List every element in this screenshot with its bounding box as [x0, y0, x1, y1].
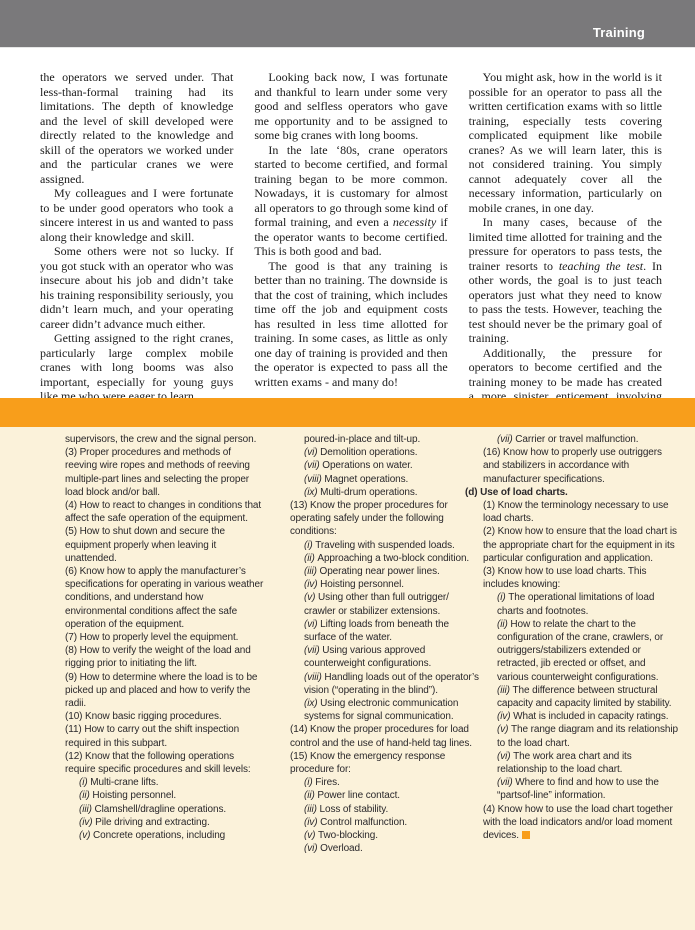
regulation-item: (10) Know basic rigging procedures.	[65, 710, 265, 723]
regulation-item: (d) Use of load charts.	[465, 486, 678, 499]
regulation-item: (ix) Using electronic communication syst…	[304, 697, 480, 723]
regulation-item: (iv) Control malfunction.	[304, 816, 480, 829]
roman-numeral-label: (ix)	[304, 698, 320, 709]
article-paragraph: In many cases, because of the limited ti…	[469, 215, 662, 346]
article-column: Looking back now, I was fortunate and th…	[254, 70, 447, 418]
regulation-item: (i) The operational limitations of load …	[497, 591, 678, 617]
regulation-item: (9) How to determine where the load is t…	[65, 671, 265, 711]
regulation-item: (i) Multi-crane lifts.	[79, 776, 265, 789]
roman-numeral-label: (vii)	[304, 645, 322, 656]
regulation-item: (iv) What is included in capacity rating…	[497, 710, 678, 723]
article-column: You might ask, how in the world is it po…	[469, 70, 662, 418]
orange-divider-band	[0, 398, 695, 427]
roman-numeral-label: (vii)	[497, 777, 515, 788]
regulation-item: (ii) Hoisting personnel.	[79, 789, 265, 802]
roman-numeral-label: (i)	[304, 777, 315, 788]
end-of-article-marker	[522, 831, 530, 839]
roman-numeral-label: (iii)	[497, 685, 513, 696]
article-column: the operators we served under. That less…	[40, 70, 233, 418]
roman-numeral-label: (v)	[79, 830, 93, 841]
roman-numeral-label: (vi)	[304, 447, 320, 458]
regulation-item: (3) Know how to use load charts. This in…	[483, 565, 678, 591]
regulation-item: (15) Know the emergency response procedu…	[290, 750, 480, 776]
roman-numeral-label: (viii)	[304, 672, 324, 683]
roman-numeral-label: (ii)	[304, 790, 317, 801]
regulation-item: (iii) Operating near power lines.	[304, 565, 480, 578]
roman-numeral-label: (v)	[304, 830, 318, 841]
regulation-item: (ii) Approaching a two-block condition.	[304, 552, 480, 565]
roman-numeral-label: (iv)	[304, 579, 320, 590]
regulation-item: (iii) Loss of stability.	[304, 803, 480, 816]
article-paragraph: You might ask, how in the world is it po…	[469, 70, 662, 215]
regulation-item: (13) Know the proper procedures for oper…	[290, 499, 480, 539]
regulation-item: (iv) Pile driving and extracting.	[79, 816, 265, 829]
roman-numeral-label: (v)	[304, 592, 318, 603]
roman-numeral-label: (vi)	[497, 751, 513, 762]
regulation-item: (7) How to properly level the equipment.	[65, 631, 265, 644]
regulation-item: (ii) How to relate the chart to the conf…	[497, 618, 678, 684]
regulation-item: (iii) The difference between structural …	[497, 684, 678, 710]
roman-numeral-label: (iv)	[79, 817, 95, 828]
roman-numeral-label: (vi)	[304, 843, 320, 854]
regulations-column: poured-in-place and tilt-up.(vi) Demolit…	[290, 433, 480, 856]
magazine-page: Training the operators we served under. …	[0, 0, 695, 930]
page-title: Training	[593, 25, 645, 40]
regulation-item: (vii) Carrier or travel malfunction.	[497, 433, 678, 446]
article-paragraph: Looking back now, I was fortunate and th…	[254, 70, 447, 143]
roman-numeral-label: (vii)	[497, 434, 515, 445]
regulation-item: (3) Proper procedures and methods of ree…	[65, 446, 265, 499]
roman-numeral-label: (iii)	[304, 804, 320, 815]
regulation-item: (viii) Magnet operations.	[304, 473, 480, 486]
article-paragraph: the operators we served under. That less…	[40, 70, 233, 186]
article-paragraph: The good is that any training is better …	[254, 259, 447, 390]
regulations-column: supervisors, the crew and the signal per…	[65, 433, 265, 842]
regulation-item: (11) How to carry out the shift inspecti…	[65, 723, 265, 749]
roman-numeral-label: (i)	[497, 592, 508, 603]
regulation-item: (vii) Where to find and how to use the “…	[497, 776, 678, 802]
regulation-item: (vi) Lifting loads from beneath the surf…	[304, 618, 480, 644]
regulation-item: (vii) Using various approved counterweig…	[304, 644, 480, 670]
roman-numeral-label: (iv)	[304, 817, 320, 828]
regulation-item: (v) Using other than full outrigger/ cra…	[304, 591, 480, 617]
roman-numeral-label: (v)	[497, 724, 511, 735]
roman-numeral-label: (ii)	[497, 619, 510, 630]
regulations-column: (vii) Carrier or travel malfunction.(16)…	[483, 433, 678, 842]
article-columns: the operators we served under. That less…	[40, 70, 662, 418]
roman-numeral-label: (ii)	[304, 553, 317, 564]
regulation-item: (i) Traveling with suspended loads.	[304, 539, 480, 552]
regulation-item: (4) Know how to use the load chart toget…	[483, 803, 678, 843]
regulation-item: (5) How to shut down and secure the equi…	[65, 525, 265, 565]
regulation-item: (14) Know the proper procedures for load…	[290, 723, 480, 749]
regulations-panel: supervisors, the crew and the signal per…	[0, 427, 695, 930]
roman-numeral-label: (viii)	[304, 474, 324, 485]
regulation-item: (vi) Demolition operations.	[304, 446, 480, 459]
regulation-item: (16) Know how to properly use outriggers…	[483, 446, 678, 486]
roman-numeral-label: (iii)	[79, 804, 95, 815]
roman-numeral-label: (i)	[79, 777, 90, 788]
regulation-item: (vi) The work area chart and its relatio…	[497, 750, 678, 776]
roman-numeral-label: (vii)	[304, 460, 322, 471]
article-paragraph: Getting assigned to the right cranes, pa…	[40, 331, 233, 404]
article-paragraph: Some others were not so lucky. If you go…	[40, 244, 233, 331]
regulation-item: (ix) Multi-drum operations.	[304, 486, 480, 499]
regulation-item: (viii) Handling loads out of the operato…	[304, 671, 480, 697]
regulation-item: (2) Know how to ensure that the load cha…	[483, 525, 678, 565]
regulation-item: (i) Fires.	[304, 776, 480, 789]
roman-numeral-label: (ii)	[79, 790, 92, 801]
article-paragraph: My colleagues and I were fortunate to be…	[40, 186, 233, 244]
roman-numeral-label: (vi)	[304, 619, 320, 630]
regulation-item: (iv) Hoisting personnel.	[304, 578, 480, 591]
header-bar: Training	[0, 0, 695, 48]
roman-numeral-label: (ix)	[304, 487, 320, 498]
regulation-item: (8) How to verify the weight of the load…	[65, 644, 265, 670]
regulation-item: (6) Know how to apply the manufacturer’s…	[65, 565, 265, 631]
regulation-item: (1) Know the terminology necessary to us…	[483, 499, 678, 525]
regulation-item: (v) Two-blocking.	[304, 829, 480, 842]
regulation-item: supervisors, the crew and the signal per…	[65, 433, 265, 446]
regulation-item: (v) The range diagram and its relationsh…	[497, 723, 678, 749]
regulation-item: (4) How to react to changes in condition…	[65, 499, 265, 525]
regulation-item: (12) Know that the following operations …	[65, 750, 265, 776]
roman-numeral-label: (i)	[304, 540, 315, 551]
regulation-item: poured-in-place and tilt-up.	[304, 433, 480, 446]
article-paragraph: In the late ‘80s, crane operators starte…	[254, 143, 447, 259]
regulation-item: (iii) Clamshell/dragline operations.	[79, 803, 265, 816]
regulation-item: (ii) Power line contact.	[304, 789, 480, 802]
regulation-item: (v) Concrete operations, including	[79, 829, 265, 842]
roman-numeral-label: (iii)	[304, 566, 320, 577]
regulation-item: (vi) Overload.	[304, 842, 480, 855]
roman-numeral-label: (iv)	[497, 711, 513, 722]
regulation-item: (vii) Operations on water.	[304, 459, 480, 472]
